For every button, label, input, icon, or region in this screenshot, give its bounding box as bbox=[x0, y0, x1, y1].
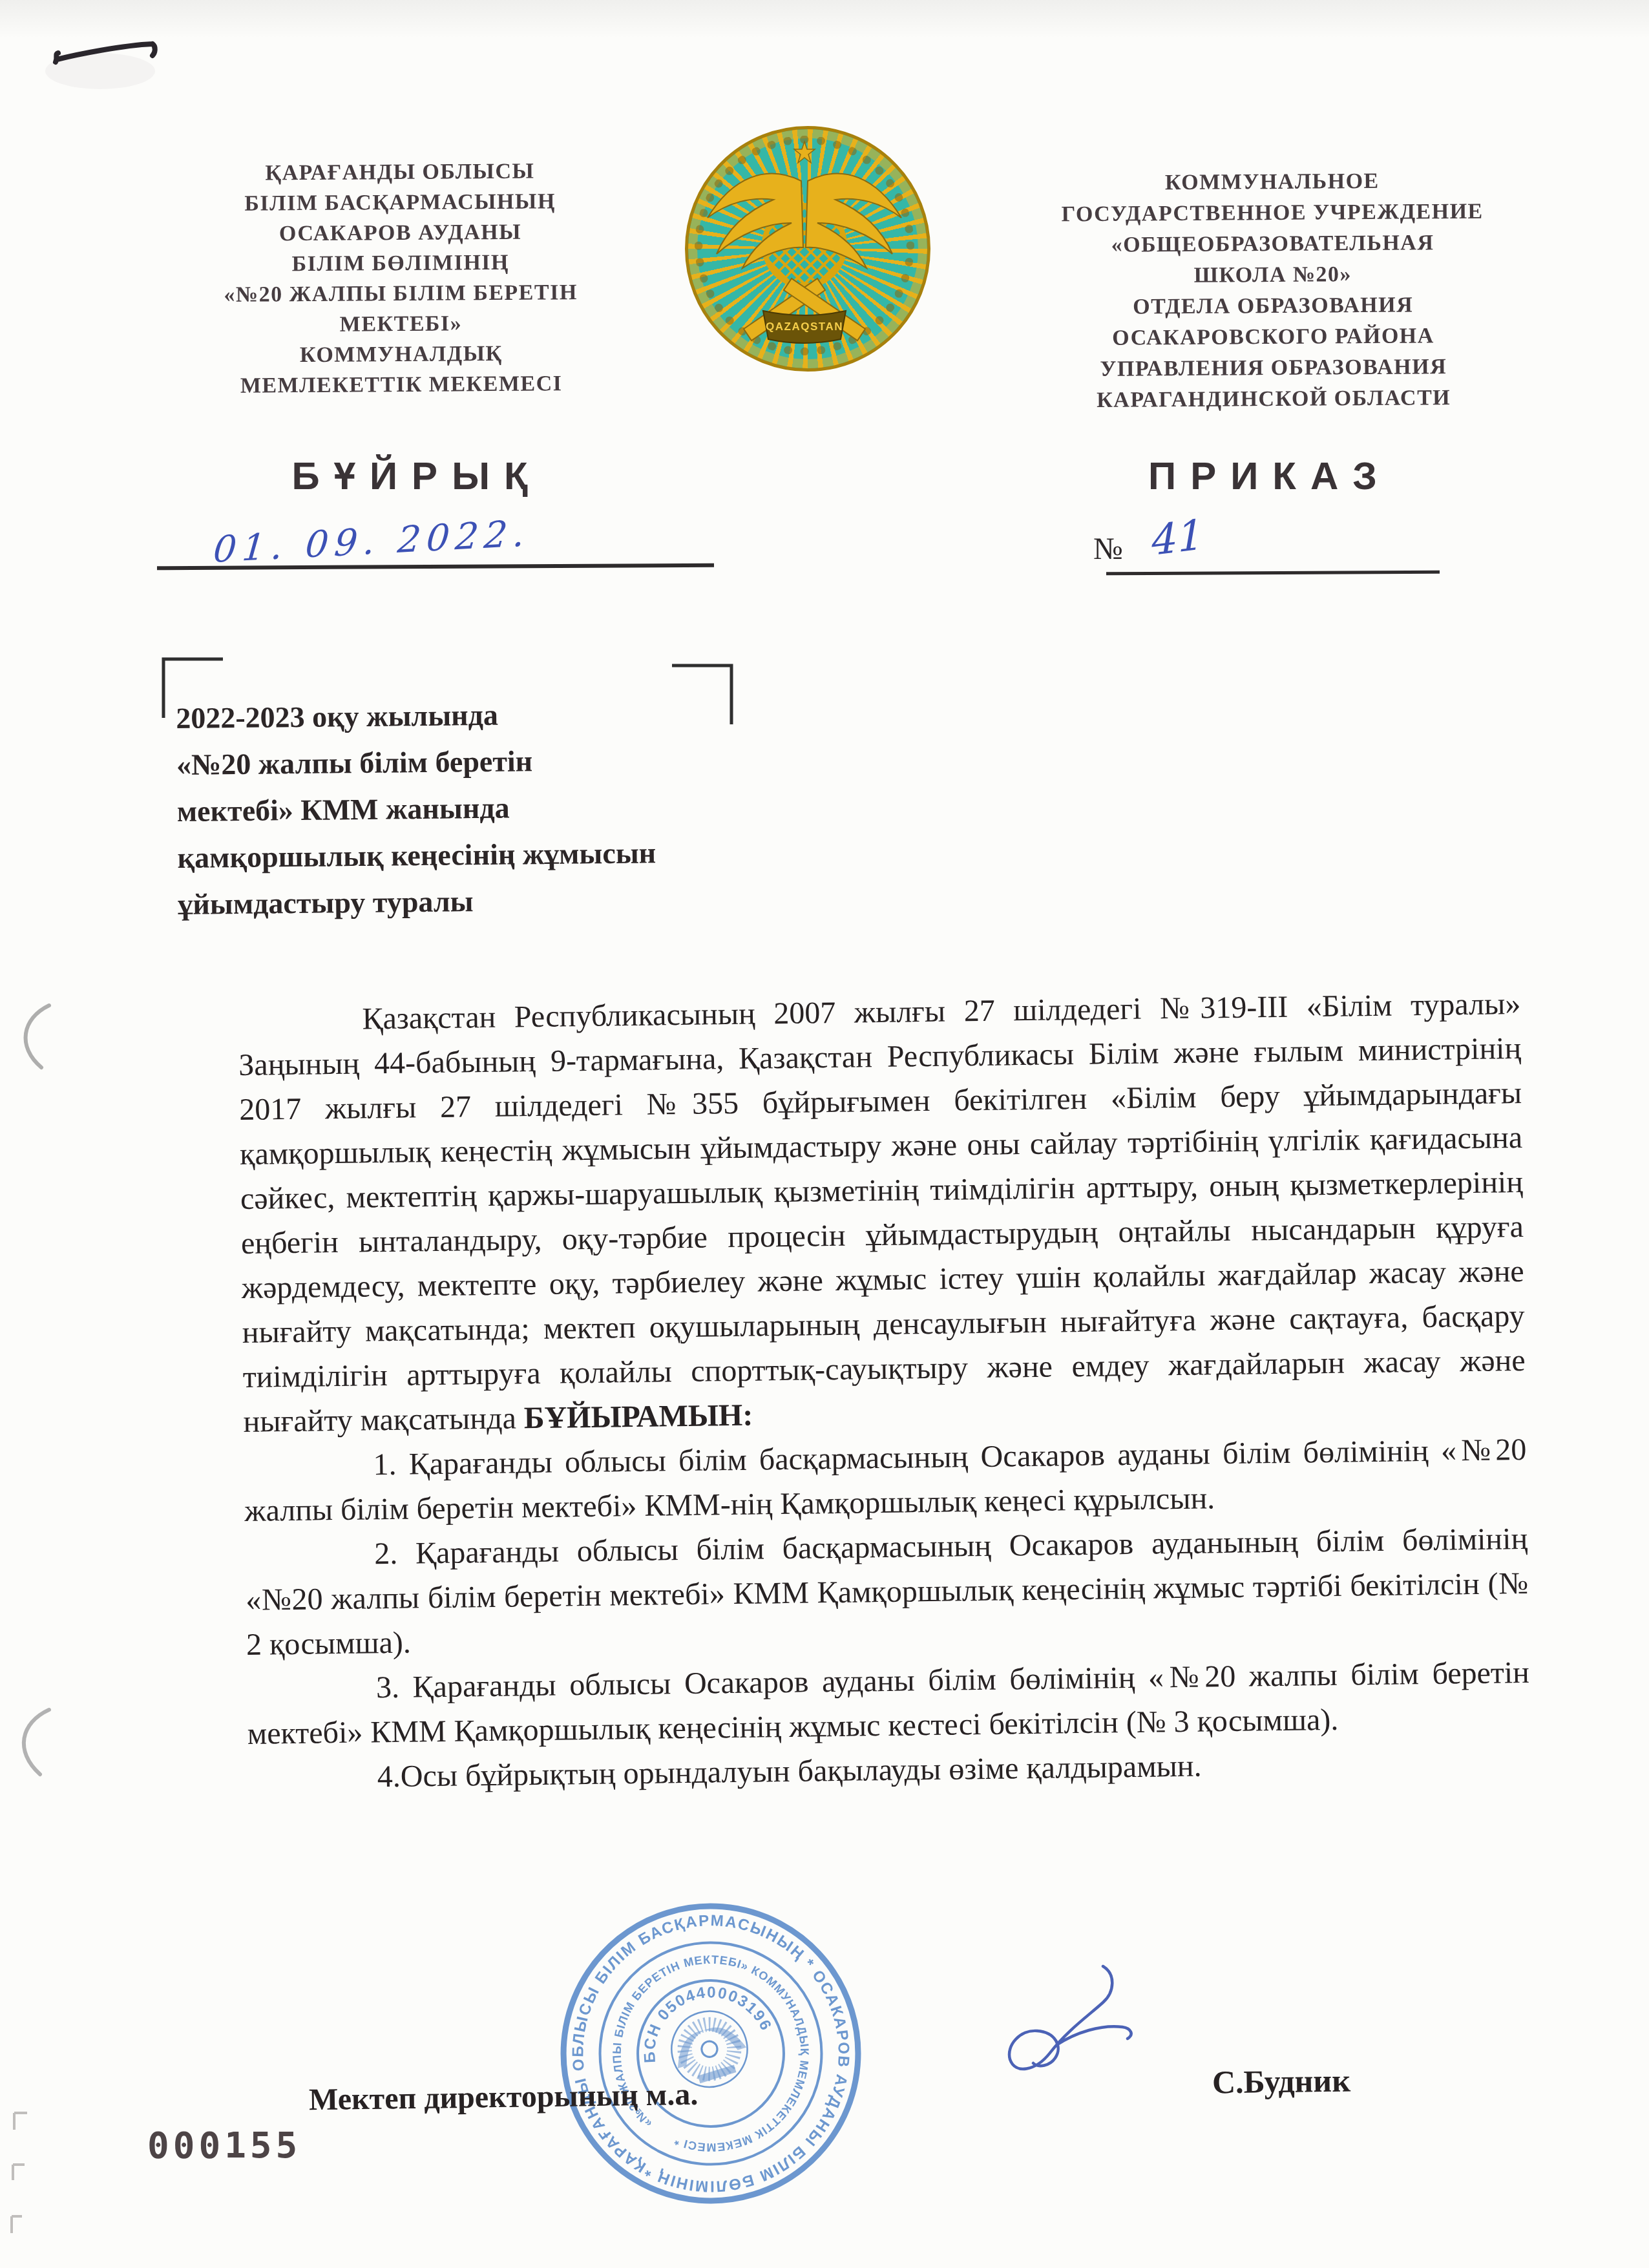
org-name-line: КОММУНАЛЬНОЕ bbox=[972, 165, 1573, 200]
org-name-line: ШКОЛА №20» bbox=[972, 258, 1573, 293]
form-number: 000155 bbox=[147, 2125, 301, 2167]
org-name-kazakh: ҚАРАҒАНДЫ ОБЛЫСЫ БІЛІМ БАСҚАРМАСЫНЫҢ ОСА… bbox=[161, 155, 641, 401]
resolve-word: БҰЙЫРАМЫН: bbox=[523, 1398, 753, 1436]
handwritten-order-number: 41 bbox=[1151, 511, 1204, 565]
order-subject: 2022-2023 оқу жылында «№20 жалпы білім б… bbox=[176, 688, 876, 928]
org-name-line: «ОБЩЕОБРАЗОВАТЕЛЬНАЯ bbox=[972, 227, 1573, 262]
org-name-line: ОСАКАРОВСКОГО РАЙОНА bbox=[972, 320, 1573, 355]
stamp-outer-ring-text: ҚАРАҒАНДЫ ОБЛЫСЫ БІЛІМ БАСҚАРМАСЫНЫҢ * О… bbox=[558, 1900, 864, 2207]
subject-line: 2022-2023 оқу жылында bbox=[176, 688, 874, 742]
org-name-line: УПРАВЛЕНИЯ ОБРАЗОВАНИЯ bbox=[973, 351, 1574, 386]
pen-mark-artifact bbox=[39, 26, 187, 97]
org-name-line: МЕМЛЕКЕТТІК МЕКЕМЕСІ bbox=[162, 368, 640, 401]
subject-line: ұйымдастыру туралы bbox=[178, 874, 876, 928]
org-name-line: БІЛІМ БАСҚАРМАСЫНЫҢ bbox=[161, 185, 639, 219]
order-item-3: 3. Қарағанды облысы Осакаров ауданы білі… bbox=[247, 1650, 1531, 1756]
org-name-line: БІЛІМ БӨЛІМІНІҢ bbox=[162, 246, 640, 280]
org-name-line: ГОСУДАРСТВЕННОЕ УЧРЕЖДЕНИЕ bbox=[972, 196, 1573, 231]
intro-text: Қазақстан Республикасының 2007 жылғы 27 … bbox=[238, 987, 1526, 1439]
margin-mark-artifact bbox=[5, 2106, 37, 2262]
emblem-star-icon bbox=[794, 142, 815, 163]
order-title-russian: ПРИКАЗ bbox=[1047, 454, 1493, 498]
handwritten-date: 01. 09. 2022. bbox=[211, 512, 532, 571]
emblem-right-wing-icon bbox=[806, 174, 901, 268]
org-name-russian: КОММУНАЛЬНОЕ ГОСУДАРСТВЕННОЕ УЧРЕЖДЕНИЕ … bbox=[972, 165, 1575, 417]
org-name-line: КОММУНАЛДЫҚ bbox=[162, 337, 640, 371]
signatory-name: С.Будник bbox=[1212, 2062, 1351, 2101]
school-round-stamp: ҚАРАҒАНДЫ ОБЛЫСЫ БІЛІМ БАСҚАРМАСЫНЫҢ * О… bbox=[558, 1900, 864, 2207]
margin-mark-artifact bbox=[6, 1706, 68, 1783]
emblem-left-wing-icon bbox=[708, 174, 803, 268]
org-name-line: КАРАГАНДИНСКОЙ ОБЛАСТИ bbox=[973, 382, 1574, 417]
order-number-label: № bbox=[1093, 531, 1123, 567]
org-name-line: ОТДЕЛА ОБРАЗОВАНИЯ bbox=[972, 289, 1573, 324]
subject-line: «№20 жалпы білім беретін bbox=[176, 735, 875, 788]
org-name-line: «№20 ЖАЛПЫ БІЛІМ БЕРЕТІН bbox=[162, 277, 640, 310]
subject-line: қамқоршылық кеңесінің жұмысын bbox=[177, 828, 876, 881]
scanned-order-document: ҚАРАҒАНДЫ ОБЛЫСЫ БІЛІМ БАСҚАРМАСЫНЫҢ ОСА… bbox=[0, 0, 1649, 2268]
order-number-underline bbox=[1106, 571, 1440, 576]
org-name-line: ОСАКАРОВ АУДАНЫ bbox=[161, 216, 639, 249]
org-name-line: МЕКТЕБІ» bbox=[162, 307, 640, 341]
order-title-kazakh: БҰЙРЫҚ bbox=[194, 454, 640, 498]
kazakhstan-coat-of-arms: QAZAQSTAN bbox=[669, 120, 940, 391]
order-body: Қазақстан Республикасының 2007 жылғы 27 … bbox=[238, 982, 1531, 1801]
org-name-line: ҚАРАҒАНДЫ ОБЛЫСЫ bbox=[161, 155, 639, 189]
order-intro-paragraph: Қазақстан Республикасының 2007 жылғы 27 … bbox=[238, 982, 1526, 1444]
signatory-title: Мектеп директорының м.а. bbox=[309, 2077, 698, 2117]
emblem-figures: QAZAQSTAN bbox=[669, 120, 940, 391]
margin-mark-artifact bbox=[9, 1000, 67, 1078]
director-signature bbox=[953, 1955, 1160, 2090]
order-item-2: 2. Қарағанды облысы білім басқармасының … bbox=[245, 1517, 1529, 1667]
subject-line: мектебі» КММ жанында bbox=[177, 781, 876, 835]
order-item-1: 1. Қарағанды облысы білім басқармасының … bbox=[244, 1427, 1528, 1533]
emblem-banner-text: QAZAQSTAN bbox=[766, 320, 843, 333]
